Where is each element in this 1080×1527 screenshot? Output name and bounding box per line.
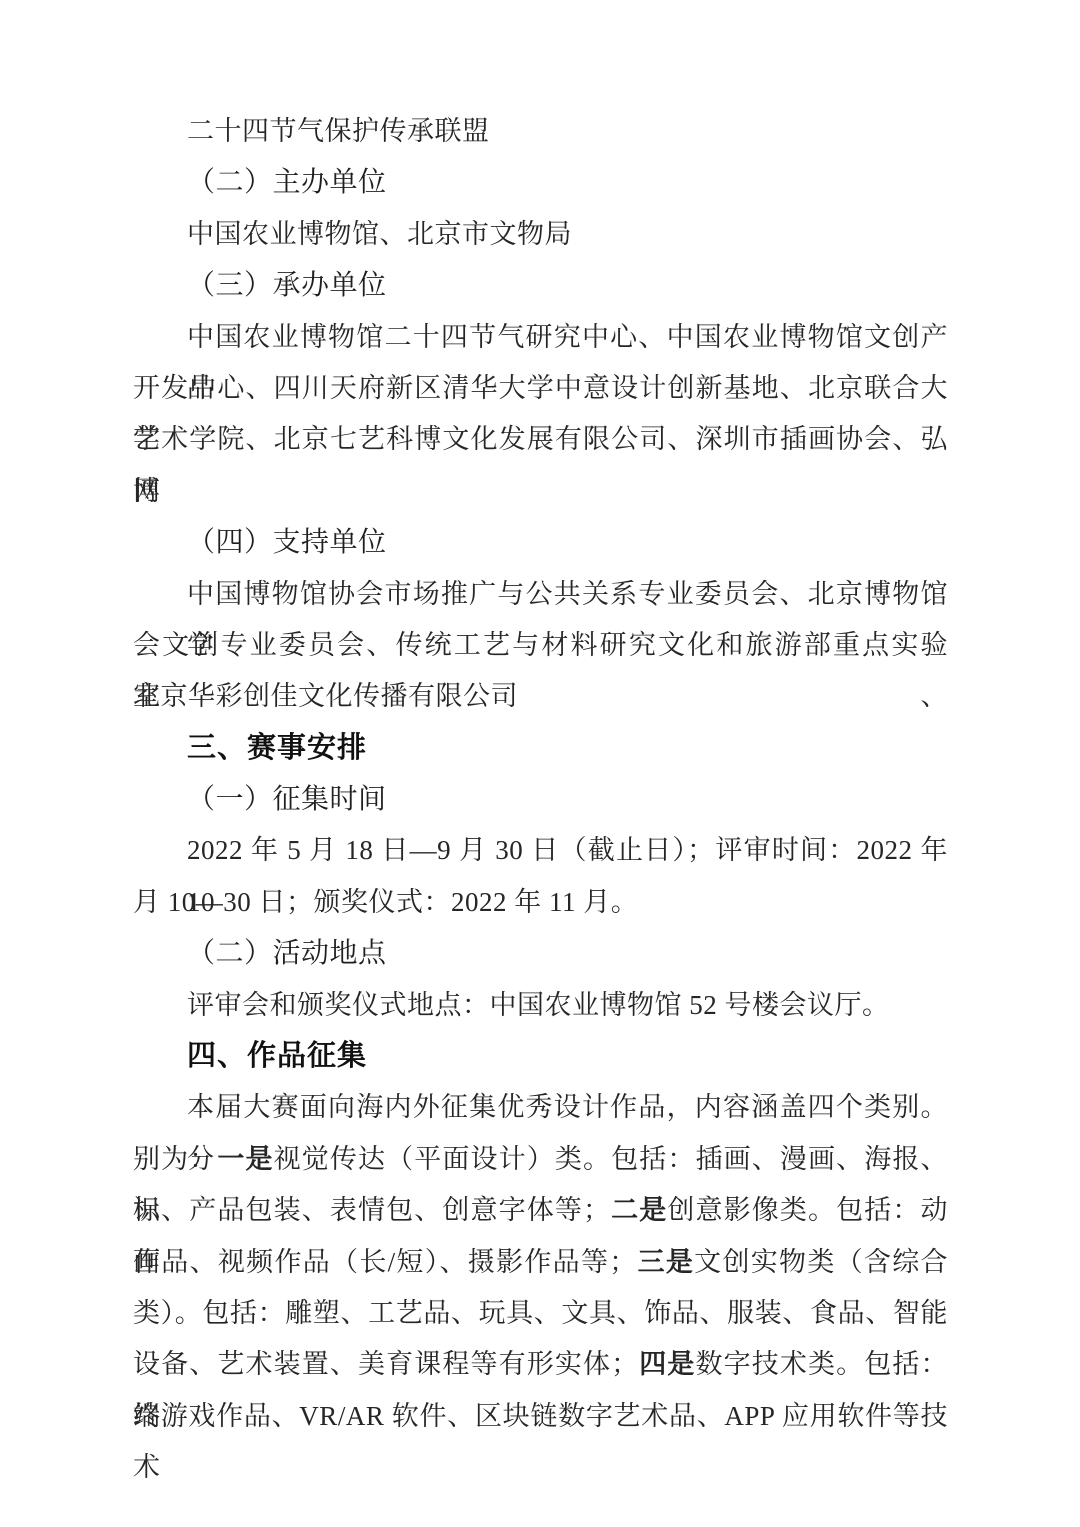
text-run: 网 xyxy=(133,476,161,506)
paragraph: 中国农业博物馆二十四节气研究中心、中国农业博物馆文创产品开发中心、四川天府新区清… xyxy=(133,312,948,518)
text-run: 三、赛事安排 xyxy=(187,732,367,764)
text-line: 识、产品包装、表情包、创意字体等；二是创意影像类。包括：动画 xyxy=(133,1185,948,1236)
text-run: 北京华彩创佳文化传播有限公司 xyxy=(133,681,518,711)
text-run: （一）征集时间 xyxy=(187,784,387,815)
bold-text-run: 一是 xyxy=(217,1144,273,1174)
section-heading: 三、赛事安排 xyxy=(133,723,948,774)
text-run: 评审会和颁奖仪式地点：中国农业博物馆 52 号楼会议厅。 xyxy=(187,990,890,1020)
text-run: 别为： xyxy=(133,1144,217,1174)
text-line: （三）承办单位 xyxy=(133,260,948,311)
text-line: 中国博物馆协会市场推广与公共关系专业委员会、北京博物馆学 xyxy=(133,569,948,620)
sub-heading: （二）主办单位 xyxy=(133,157,948,208)
text-line: 类）。包括：雕塑、工艺品、玩具、文具、饰品、服装、食品、智能 xyxy=(133,1288,948,1339)
text-line: 四、作品征集 xyxy=(133,1031,948,1082)
text-line: 别为：一是视觉传达（平面设计）类。包括：插画、漫画、海报、标 xyxy=(133,1134,948,1185)
text-run: 端游戏作品、VR/AR 软件、区块链数字艺术品、APP 应用软件等技术 xyxy=(133,1401,948,1482)
text-run: 月 10—30 日；颁奖仪式：2022 年 11 月。 xyxy=(133,887,638,917)
text-run: 识、产品包装、表情包、创意字体等； xyxy=(133,1195,611,1225)
text-line: 作品、视频作品（长/短）、摄影作品等；三是文创实物类（含综合 xyxy=(133,1237,948,1288)
paragraph: 中国农业博物馆、北京市文物局 xyxy=(133,209,948,260)
text-line: 设备、艺术装置、美育课程等有形实体；四是数字技术类。包括：终 xyxy=(133,1339,948,1390)
text-run: 设备、艺术装置、美育课程等有形实体； xyxy=(133,1349,639,1379)
text-line: 评审会和颁奖仪式地点：中国农业博物馆 52 号楼会议厅。 xyxy=(133,980,948,1031)
document-page: 二十四节气保护传承联盟（二）主办单位中国农业博物馆、北京市文物局（三）承办单位中… xyxy=(0,0,1080,1527)
text-line: （一）征集时间 xyxy=(133,774,948,825)
text-line: 开发中心、四川天府新区清华大学中意设计创新基地、北京联合大学 xyxy=(133,363,948,414)
text-run: （四）支持单位 xyxy=(187,527,387,558)
text-run: （二）主办单位 xyxy=(187,167,387,198)
paragraph: 评审会和颁奖仪式地点：中国农业博物馆 52 号楼会议厅。 xyxy=(133,980,948,1031)
text-run: 四、作品征集 xyxy=(187,1040,367,1072)
text-line: 中国农业博物馆二十四节气研究中心、中国农业博物馆文创产品 xyxy=(133,312,948,363)
sub-heading: （一）征集时间 xyxy=(133,774,948,825)
sub-heading: （二）活动地点 xyxy=(133,928,948,979)
text-run: 文创实物类（含综合 xyxy=(694,1247,948,1277)
text-run: 二十四节气保护传承联盟 xyxy=(187,116,490,146)
document-body: 二十四节气保护传承联盟（二）主办单位中国农业博物馆、北京市文物局（三）承办单位中… xyxy=(133,106,948,1442)
text-line: 艺术学院、北京七艺科博文化发展有限公司、深圳市插画协会、弘博 xyxy=(133,414,948,465)
text-run: 类）。包括：雕塑、工艺品、玩具、文具、饰品、服装、食品、智能 xyxy=(133,1298,948,1328)
text-line: （二）活动地点 xyxy=(133,928,948,979)
sub-heading: （三）承办单位 xyxy=(133,260,948,311)
text-line: 会文创专业委员会、传统工艺与材料研究文化和旅游部重点实验室、 xyxy=(133,620,948,671)
bold-text-run: 二是 xyxy=(611,1195,668,1225)
text-line: 二十四节气保护传承联盟 xyxy=(133,106,948,157)
section-heading: 四、作品征集 xyxy=(133,1031,948,1082)
text-run: 中国农业博物馆、北京市文物局 xyxy=(187,219,572,249)
paragraph: 中国博物馆协会市场推广与公共关系专业委员会、北京博物馆学会文创专业委员会、传统工… xyxy=(133,569,948,723)
text-line: 网 xyxy=(133,466,948,517)
text-line: 2022 年 5 月 18 日—9 月 30 日（截止日）；评审时间：2022 … xyxy=(133,825,948,876)
paragraph: 本届大赛面向海内外征集优秀设计作品，内容涵盖四个类别。分别为：一是视觉传达（平面… xyxy=(133,1082,948,1442)
text-line: （四）支持单位 xyxy=(133,517,948,568)
text-run: 作品、视频作品（长/短）、摄影作品等； xyxy=(133,1247,637,1277)
text-line: 本届大赛面向海内外征集优秀设计作品，内容涵盖四个类别。分 xyxy=(133,1082,948,1133)
paragraph: 2022 年 5 月 18 日—9 月 30 日（截止日）；评审时间：2022 … xyxy=(133,825,948,928)
text-line: 端游戏作品、VR/AR 软件、区块链数字艺术品、APP 应用软件等技术 xyxy=(133,1391,948,1442)
bold-text-run: 三是 xyxy=(637,1247,694,1277)
text-line: （二）主办单位 xyxy=(133,157,948,208)
text-line: 中国农业博物馆、北京市文物局 xyxy=(133,209,948,260)
text-run: （三）承办单位 xyxy=(187,270,387,301)
text-run: （二）活动地点 xyxy=(187,938,387,969)
text-line: 三、赛事安排 xyxy=(133,723,948,774)
sub-heading: （四）支持单位 xyxy=(133,517,948,568)
text-line: 月 10—30 日；颁奖仪式：2022 年 11 月。 xyxy=(133,877,948,928)
bold-text-run: 四是 xyxy=(639,1349,696,1379)
paragraph: 二十四节气保护传承联盟 xyxy=(133,106,948,157)
